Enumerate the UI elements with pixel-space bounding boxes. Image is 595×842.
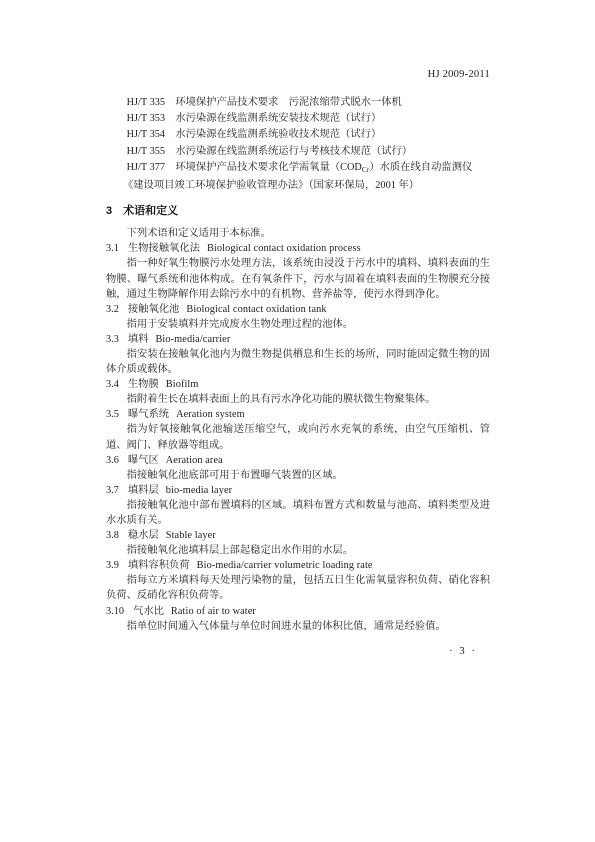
reference-line: 《建设项目竣工环境保护验收管理办法》（国家环保局，2001 年）	[106, 178, 490, 194]
term-name-en: Aeration system	[176, 409, 245, 420]
term-name-en: Biofilm	[166, 379, 199, 390]
term-definition: 指一种好氧生物膜污水处理方法，该系统由浸没于污水中的填料、填料表面的生物膜、曝气…	[106, 256, 490, 301]
term-definition: 指接触氧化池中部布置填料的区域。填料布置方式和数量与池高、填料类型及进水水质有关…	[106, 498, 490, 528]
section-heading: 3术语和定义	[106, 204, 490, 220]
reference-title: 环境保护产品技术要求化学需氧量（COD	[175, 162, 362, 173]
term-definition: 指安装在接触氧化池内为微生物提供栖息和生长的场所，同时能固定微生物的固体介质或载…	[106, 347, 490, 377]
term-number: 3.4	[106, 379, 119, 390]
intro-paragraph: 下列术语和定义适用于本标准。	[106, 226, 490, 241]
term-name-en: Ratio of air to water	[171, 606, 256, 617]
term-name-en: Aeration area	[166, 455, 223, 466]
term-number: 3.1	[106, 243, 119, 254]
reference-line: HJ/T 335环境保护产品技术要求 污泥浓缩带式脱水一体机	[106, 95, 490, 111]
term-heading: 3.7填料层bio-media layer	[106, 483, 490, 498]
reference-title: 环境保护产品技术要求 污泥浓缩带式脱水一体机	[175, 97, 402, 108]
term-name-en: Bio-media/carrier volumetric loading rat…	[197, 560, 373, 571]
term-definition: 指附着生长在填料表面上的具有污水净化功能的膜状微生物聚集体。	[106, 392, 490, 407]
section-number: 3	[106, 205, 112, 217]
section-title: 术语和定义	[123, 205, 178, 217]
term-item-3-3: 3.3填料Bio-media/carrier 指安装在接触氧化池内为微生物提供栖…	[106, 332, 490, 377]
term-heading: 3.1生物接触氧化法Biological contact oxidation p…	[106, 241, 490, 256]
term-item-3-5: 3.5曝气系统Aeration system 指为好氧接触氧化池输送压缩空气，或…	[106, 407, 490, 452]
term-heading: 3.8稳水层Stable layer	[106, 528, 490, 543]
term-name-zh: 填料容积负荷	[128, 560, 190, 571]
reference-title: ）水质在线自动监测仪	[369, 162, 472, 173]
term-number: 3.9	[106, 560, 119, 571]
term-name-zh: 气水比	[133, 606, 164, 617]
term-definition: 指每立方米填料每天处理污染物的量，包括五日生化需氧量容积负荷、硝化容积负荷、反硝…	[106, 573, 490, 603]
term-definition: 指接触氧化池填料层上部起稳定出水作用的水层。	[106, 543, 490, 558]
term-item-3-8: 3.8稳水层Stable layer 指接触氧化池填料层上部起稳定出水作用的水层…	[106, 528, 490, 558]
term-name-zh: 曝气区	[128, 455, 159, 466]
term-name-en: Bio-media/carrier	[155, 334, 230, 345]
term-name-en: Biological contact oxidation process	[207, 243, 361, 254]
term-heading: 3.6曝气区Aeration area	[106, 453, 490, 468]
term-item-3-1: 3.1生物接触氧化法Biological contact oxidation p…	[106, 241, 490, 301]
term-heading: 3.2接触氧化池Biological contact oxidation tan…	[106, 302, 490, 317]
term-name-en: Stable layer	[166, 530, 216, 541]
term-item-3-4: 3.4生物膜Biofilm 指附着生长在填料表面上的具有污水净化功能的膜状微生物…	[106, 377, 490, 407]
reference-code: HJ/T 354	[127, 129, 165, 140]
references-list: HJ/T 335环境保护产品技术要求 污泥浓缩带式脱水一体机 HJ/T 353水…	[106, 95, 490, 194]
term-name-zh: 填料层	[128, 485, 159, 496]
term-name-zh: 生物膜	[128, 379, 159, 390]
term-number: 3.3	[106, 334, 119, 345]
standard-code-header: HJ 2009-2011	[106, 68, 490, 81]
reference-code: HJ/T 353	[127, 113, 165, 124]
term-heading: 3.10气水比Ratio of air to water	[106, 604, 490, 619]
term-definition: 指接触氧化池底部可用于布置曝气装置的区域。	[106, 468, 490, 483]
term-heading: 3.5曝气系统Aeration system	[106, 407, 490, 422]
page-content: HJ 2009-2011 HJ/T 335环境保护产品技术要求 污泥浓缩带式脱水…	[106, 68, 490, 634]
term-name-en: Biological contact oxidation tank	[186, 304, 326, 315]
term-definition: 指单位时间通入气体量与单位时间进水量的体积比值，通常是经验值。	[106, 619, 490, 634]
term-name-en: bio-media layer	[166, 485, 232, 496]
term-item-3-6: 3.6曝气区Aeration area 指接触氧化池底部可用于布置曝气装置的区域…	[106, 453, 490, 483]
term-item-3-2: 3.2接触氧化池Biological contact oxidation tan…	[106, 302, 490, 332]
reference-title: 水污染源在线监测系统安装技术规范（试行）	[175, 113, 381, 124]
reference-line: HJ/T 354水污染源在线监测系统验收技术规范（试行）	[106, 127, 490, 143]
term-number: 3.2	[106, 304, 119, 315]
term-number: 3.7	[106, 485, 119, 496]
page-number-footer: · 3 ·	[449, 645, 477, 658]
reference-title: 《建设项目竣工环境保护验收管理办法》（国家环保局，2001 年）	[123, 180, 419, 191]
term-number: 3.10	[106, 606, 124, 617]
term-name-zh: 填料	[128, 334, 149, 345]
reference-title: 水污染源在线监测系统运行与考核技术规范（试行）	[175, 146, 412, 157]
term-name-zh: 曝气系统	[128, 409, 169, 420]
term-number: 3.5	[106, 409, 119, 420]
term-name-zh: 接触氧化池	[128, 304, 179, 315]
term-definition: 指用于安装填料并完成废水生物处理过程的池体。	[106, 317, 490, 332]
reference-code: HJ/T 377	[127, 162, 165, 173]
term-name-zh: 生物接触氧化法	[128, 243, 200, 254]
term-number: 3.8	[106, 530, 119, 541]
document-page: HJ 2009-2011 HJ/T 335环境保护产品技术要求 污泥浓缩带式脱水…	[0, 0, 595, 842]
reference-title: 水污染源在线监测系统验收技术规范（试行）	[175, 129, 381, 140]
term-number: 3.6	[106, 455, 119, 466]
term-name-zh: 稳水层	[128, 530, 159, 541]
reference-line: HJ/T 353水污染源在线监测系统安装技术规范（试行）	[106, 111, 490, 127]
term-heading: 3.3填料Bio-media/carrier	[106, 332, 490, 347]
reference-line: HJ/T 377环境保护产品技术要求化学需氧量（CODCr）水质在线自动监测仪	[106, 160, 490, 178]
reference-code: HJ/T 335	[127, 97, 165, 108]
term-heading: 3.9填料容积负荷Bio-media/carrier volumetric lo…	[106, 558, 490, 573]
reference-code: HJ/T 355	[127, 146, 165, 157]
term-item-3-7: 3.7填料层bio-media layer 指接触氧化池中部布置填料的区域。填料…	[106, 483, 490, 528]
reference-line: HJ/T 355水污染源在线监测系统运行与考核技术规范（试行）	[106, 144, 490, 160]
term-heading: 3.4生物膜Biofilm	[106, 377, 490, 392]
term-definition: 指为好氧接触氧化池输送压缩空气，或向污水充氧的系统，由空气压缩机、管道、阀门、释…	[106, 422, 490, 452]
term-item-3-9: 3.9填料容积负荷Bio-media/carrier volumetric lo…	[106, 558, 490, 603]
term-item-3-10: 3.10气水比Ratio of air to water 指单位时间通入气体量与…	[106, 604, 490, 634]
